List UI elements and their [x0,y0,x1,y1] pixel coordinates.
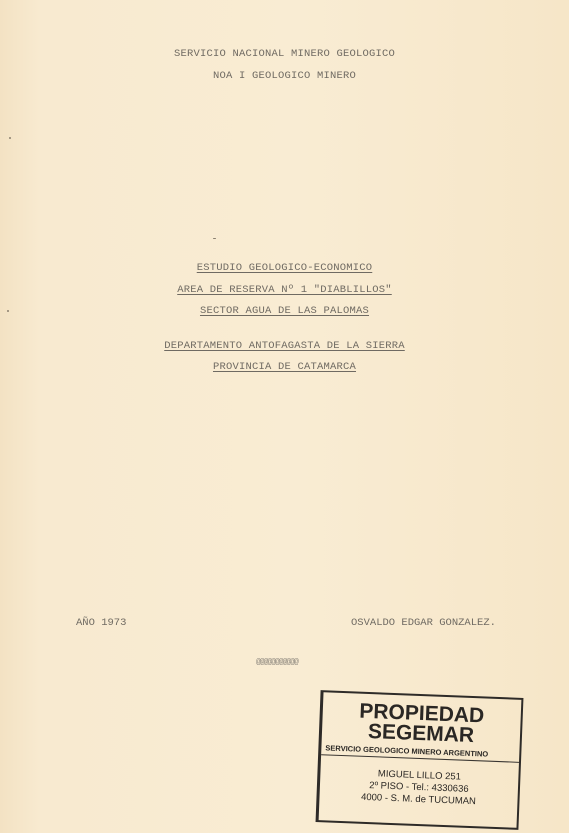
department-name: DEPARTAMENTO ANTOFAGASTA DE LA SIERRA [0,340,569,352]
property-stamp: PROPIEDAD SEGEMAR SERVICIO GEOLOGICO MIN… [316,690,524,830]
reserve-area: AREA DE RESERVA Nº 1 "DIABLILLOS" [0,284,569,296]
stamp-address: MIGUEL LILLO 251 2º PISO - Tel.: 4330636… [319,766,518,810]
paper-speck [213,238,216,239]
sector-name: SECTOR AGUA DE LAS PALOMAS [0,305,569,317]
paper-speck [7,310,9,312]
study-title: ESTUDIO GEOLOGICO-ECONOMICO [0,262,569,274]
year-label: AÑO 1973 [76,617,126,629]
paper-speck [9,137,11,139]
province-name: PROVINCIA DE CATAMARCA [0,361,569,373]
institution-name: SERVICIO NACIONAL MINERO GEOLOGICO [0,48,569,60]
institution-department: NOA I GEOLOGICO MINERO [0,70,569,82]
ornament-divider: @@@@@@@@@@@ [256,658,298,667]
author-name: OSVALDO EDGAR GONZALEZ. [351,617,496,629]
